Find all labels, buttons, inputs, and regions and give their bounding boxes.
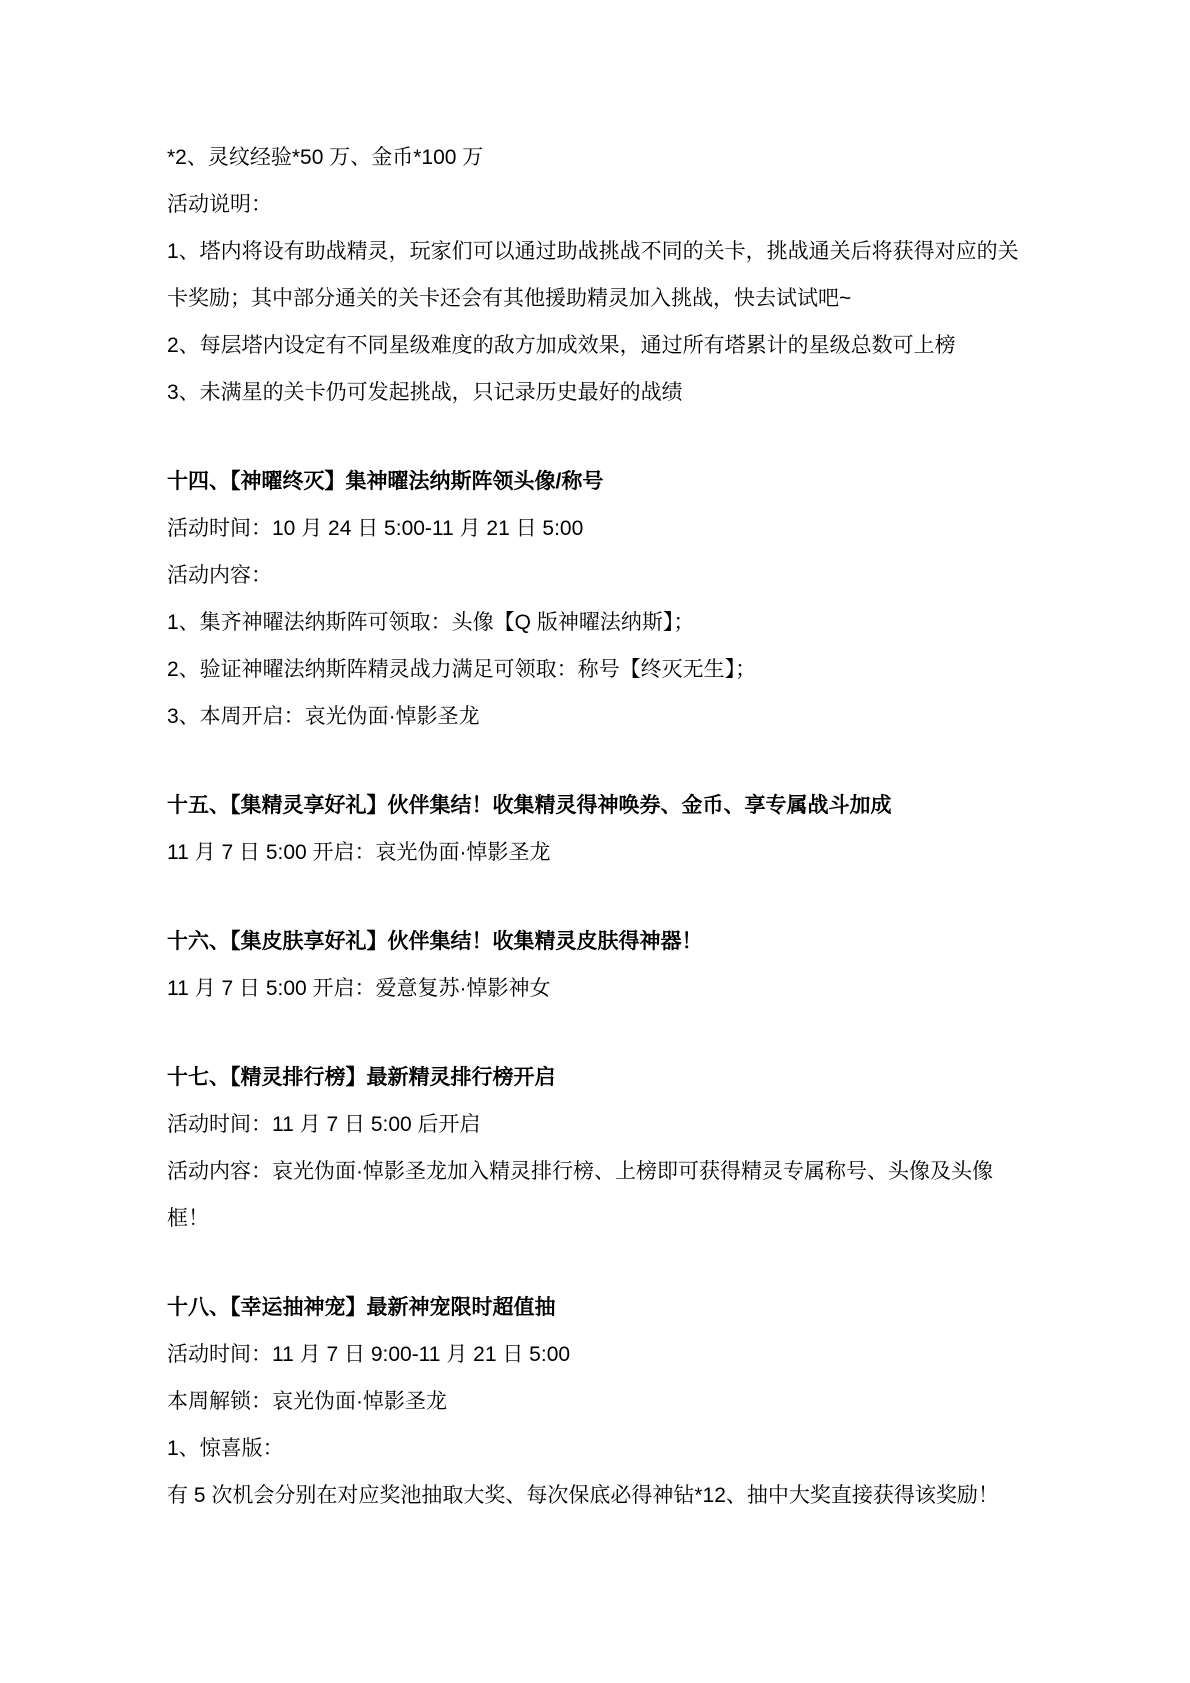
event-section-heading: 十七、【精灵排行榜】最新精灵排行榜开启 [167, 1054, 1023, 1101]
doc-paragraph: 活动时间：10 月 24 日 5:00-11 月 21 日 5:00 [167, 505, 1023, 552]
document-page: *2、灵纹经验*50 万、金币*100 万活动说明：1、塔内将设有助战精灵，玩家… [0, 0, 1190, 1683]
doc-paragraph: 2、每层塔内设定有不同星级难度的敌方加成效果，通过所有塔累计的星级总数可上榜 [167, 322, 1023, 369]
document-body: *2、灵纹经验*50 万、金币*100 万活动说明：1、塔内将设有助战精灵，玩家… [167, 134, 1023, 1519]
event-section-heading: 十五、【集精灵享好礼】伙伴集结！收集精灵得神唤券、金币、享专属战斗加成 [167, 782, 1023, 829]
doc-paragraph: 11 月 7 日 5:00 开启：哀光伪面·悼影圣龙 [167, 829, 1023, 876]
doc-paragraph: 3、本周开启：哀光伪面·悼影圣龙 [167, 693, 1023, 740]
doc-paragraph: 活动时间：11 月 7 日 9:00-11 月 21 日 5:00 [167, 1331, 1023, 1378]
doc-paragraph: 1、惊喜版： [167, 1425, 1023, 1472]
doc-paragraph: *2、灵纹经验*50 万、金币*100 万 [167, 134, 1023, 181]
doc-paragraph: 1、塔内将设有助战精灵，玩家们可以通过助战挑战不同的关卡，挑战通关后将获得对应的… [167, 228, 1023, 322]
doc-paragraph: 1、集齐神曜法纳斯阵可领取：头像【Q 版神曜法纳斯】； [167, 599, 1023, 646]
doc-paragraph: 有 5 次机会分别在对应奖池抽取大奖、每次保底必得神钻*12、抽中大奖直接获得该… [167, 1472, 1023, 1519]
doc-paragraph: 3、未满星的关卡仍可发起挑战，只记录历史最好的战绩 [167, 369, 1023, 416]
doc-paragraph: 活动说明： [167, 181, 1023, 228]
event-section-heading: 十八、【幸运抽神宠】最新神宠限时超值抽 [167, 1284, 1023, 1331]
doc-paragraph: 活动内容：哀光伪面·悼影圣龙加入精灵排行榜、上榜即可获得精灵专属称号、头像及头像… [167, 1148, 1023, 1242]
event-section-heading: 十六、【集皮肤享好礼】伙伴集结！收集精灵皮肤得神器！ [167, 918, 1023, 965]
doc-paragraph: 11 月 7 日 5:00 开启：爱意复苏·悼影神女 [167, 965, 1023, 1012]
doc-paragraph: 活动内容： [167, 552, 1023, 599]
doc-paragraph: 2、验证神曜法纳斯阵精灵战力满足可领取：称号【终灭无生】； [167, 646, 1023, 693]
doc-paragraph: 活动时间：11 月 7 日 5:00 后开启 [167, 1101, 1023, 1148]
doc-paragraph: 本周解锁：哀光伪面·悼影圣龙 [167, 1378, 1023, 1425]
event-section-heading: 十四、【神曜终灭】集神曜法纳斯阵领头像/称号 [167, 458, 1023, 505]
